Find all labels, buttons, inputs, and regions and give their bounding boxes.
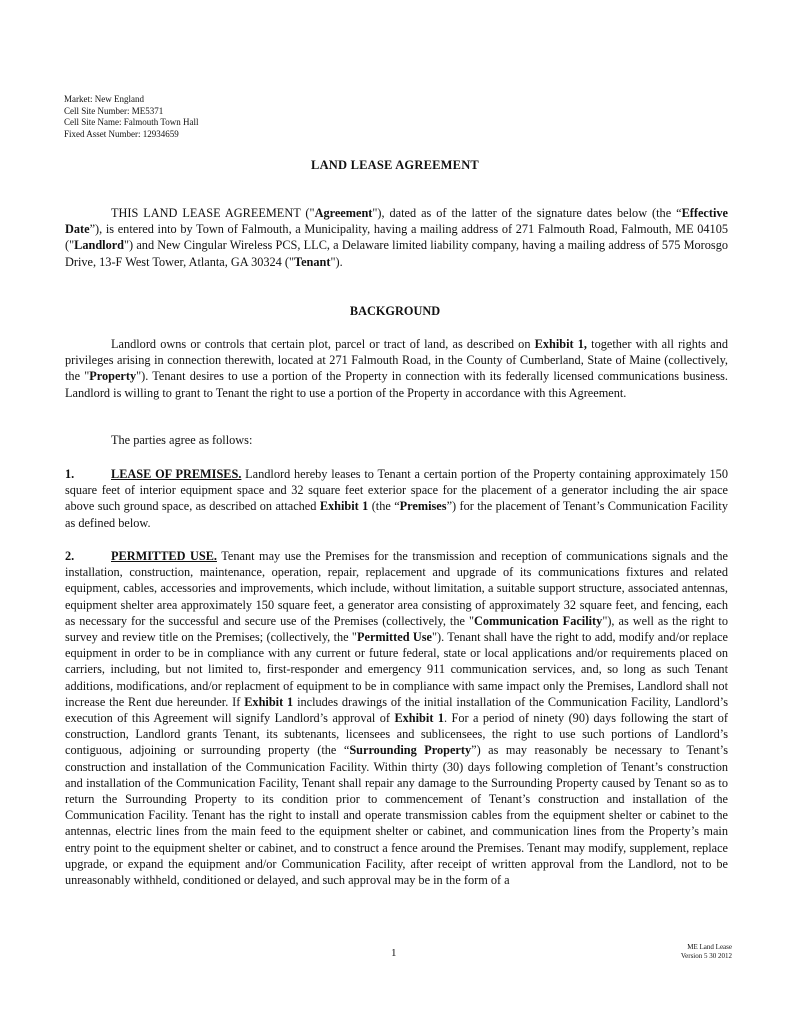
section-title: LEASE OF PREMISES. (111, 467, 241, 481)
text-run: "). Tenant desires to use a portion of t… (65, 369, 728, 399)
cell-site-name: Cell Site Name: Falmouth Town Hall (64, 117, 198, 129)
header-meta: Market: New England Cell Site Number: ME… (64, 94, 198, 140)
background-heading: BACKGROUND (0, 304, 790, 319)
footer-version-date: Version 5 30 2012 (681, 952, 732, 961)
footer-version: ME Land Lease Version 5 30 2012 (681, 943, 732, 960)
cell-site-number: Cell Site Number: ME5371 (64, 106, 198, 118)
text-run: "). (330, 255, 342, 269)
defined-term: Surrounding Property (349, 743, 471, 757)
text-run: ”) as may reasonably be necessary to Ten… (65, 743, 728, 887)
text-run: THIS LAND LEASE AGREEMENT (" (111, 206, 315, 220)
page-number: 1 (391, 947, 397, 959)
section-permitted-use: 2.PERMITTED USE. Tenant may use the Prem… (65, 548, 728, 888)
background-paragraph: Landlord owns or controls that certain p… (65, 336, 728, 401)
section-lease-of-premises: 1.LEASE OF PREMISES. Landlord hereby lea… (65, 466, 728, 531)
text-run: ") and New Cingular Wireless PCS, LLC, a… (65, 238, 728, 268)
intro-paragraph: THIS LAND LEASE AGREEMENT ("Agreement"),… (65, 205, 728, 270)
defined-term: Exhibit 1, (535, 337, 587, 351)
market-label: Market: New England (64, 94, 198, 106)
defined-term: Exhibit 1 (394, 711, 444, 725)
section-number: 2. (65, 548, 111, 564)
defined-term: Exhibit 1 (244, 695, 293, 709)
defined-term: Premises (400, 499, 447, 513)
document-page: Market: New England Cell Site Number: ME… (0, 0, 790, 1022)
defined-term: Permitted Use (357, 630, 432, 644)
section-title: PERMITTED USE. (111, 549, 217, 563)
defined-term: Exhibit 1 (320, 499, 369, 513)
text-run: (the “ (368, 499, 399, 513)
footer-doc-name: ME Land Lease (681, 943, 732, 952)
agreement-lead-in: The parties agree as follows: (65, 432, 728, 448)
fixed-asset-number: Fixed Asset Number: 12934659 (64, 129, 198, 141)
text-run: "), dated as of the latter of the signat… (372, 206, 681, 220)
defined-term: Property (89, 369, 136, 383)
defined-term: Agreement (315, 206, 373, 220)
section-number: 1. (65, 466, 111, 482)
document-title: LAND LEASE AGREEMENT (0, 158, 790, 173)
defined-term: Communication Facility (474, 614, 602, 628)
defined-term: Landlord (74, 238, 124, 252)
text-run: Landlord owns or controls that certain p… (111, 337, 535, 351)
defined-term: Tenant (294, 255, 330, 269)
